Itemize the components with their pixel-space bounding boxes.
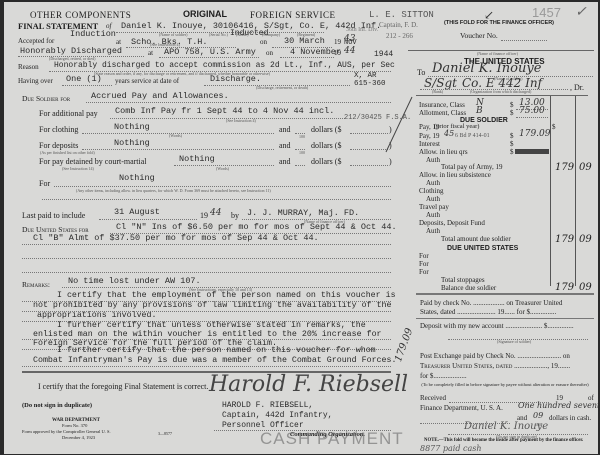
caption-serial: (Serial No.): [209, 33, 228, 37]
auth-label: Auth: [426, 228, 440, 235]
for-label: For: [419, 253, 429, 260]
allotment-label: Allotment, Class: [419, 110, 466, 117]
pen-slash-icon: [384, 97, 414, 157]
discharge-year-prefix: 19: [334, 50, 341, 57]
finance-officer-stamp-name: L. E. SITTON: [369, 11, 434, 20]
inducted-value: Inducted: [230, 30, 268, 38]
years-service-label: years service at date of: [115, 78, 179, 85]
do-not-sign-label: (Do not sign in duplicate): [22, 403, 92, 410]
finance-dept-label: Finance Department, U. S. A.: [420, 405, 503, 412]
remarks-value: No time lost under AW 107.: [68, 277, 201, 286]
original-label: ORIGINAL: [183, 10, 227, 19]
due-soldier-value: Accrued Pay and Allowances.: [91, 92, 229, 101]
column-divider-cents: [575, 96, 576, 286]
deposit-line: Deposit with my new account ............…: [420, 323, 574, 330]
discharge-date-line: [280, 57, 334, 58]
regiment-note: 36th Inf. Div.: [346, 27, 378, 33]
close-paren: ): [389, 158, 392, 166]
payee-signature: Daniel K. Inouye: [464, 422, 548, 432]
other-components-label: OTHER COMPONENTS: [30, 11, 131, 20]
interest-label: Interest: [419, 141, 440, 148]
years-service-value: Discharge.: [210, 75, 261, 84]
remarks-rule: [22, 366, 391, 367]
deposits-line: [82, 149, 274, 150]
remarks-rule: [22, 311, 391, 312]
fold-note: (THIS FOLD FOR THE FINANCE OFFICER): [444, 21, 554, 27]
form-date: December 4, 1923: [62, 436, 95, 441]
auth-label: Auth: [426, 196, 440, 203]
allow-quarters-label: Allow. in lieu qrs: [419, 149, 468, 156]
accepted-year-prefix: 19: [334, 39, 341, 46]
court-martial-caption: (See Instruction 14): [62, 167, 94, 171]
total-pay-cents: 09: [579, 162, 592, 173]
hundred-caption: 100: [299, 151, 305, 155]
finance-rule: [416, 95, 588, 96]
certification-1-line-3: appropriations involved.: [37, 312, 157, 320]
court-martial-label: For pay detained by court-martial: [39, 158, 147, 166]
remarks-label: Remarks:: [22, 281, 50, 289]
dr-label: , Dr.: [570, 84, 584, 92]
paid-check-line-1: Paid by check No. .................. on …: [420, 300, 562, 307]
due-us-heading: DUE UNITED STATES: [447, 245, 518, 252]
caption-discharge-death: (Discharge, retirement, or death): [256, 86, 308, 90]
total-pay-dollars: 179: [555, 162, 574, 173]
signer-rank: Captain, 442d Infantry,: [222, 412, 332, 420]
total-due-cents: 09: [579, 234, 592, 245]
auth-label: Auth: [426, 212, 440, 219]
discharge-status-value: Honorably Discharged: [20, 47, 122, 56]
caption-org: (Organization from which discharged): [470, 90, 531, 94]
allotment-amount-value: 75.00: [519, 107, 545, 116]
dollars-label: dollars ($: [311, 158, 341, 166]
hundred-caption: 100: [299, 135, 305, 139]
due-us-line-1: Cl "N" Ins of $6.50 per mo for mos of Se…: [116, 223, 397, 232]
discharge-place-line: [159, 57, 259, 58]
insurance-label: Insurance, Class: [419, 102, 465, 109]
auth-label: Auth: [426, 180, 440, 187]
print-code: 3—8577: [158, 432, 172, 436]
last-paid-by-value: J. J. MURRAY, Maj. FD.: [247, 209, 359, 218]
dollars-line: [350, 133, 388, 134]
last-paid-label: Last paid to include: [22, 212, 85, 220]
dollars-line: [350, 165, 388, 166]
finance-rule: [416, 318, 594, 319]
balance-dollars: 179: [555, 282, 574, 293]
allotment-amount-line: [516, 117, 548, 118]
total-stoppages-label: Total stoppages: [441, 277, 485, 284]
form-approved: Form approved by the Comptroller General…: [22, 430, 111, 435]
for-label: For: [39, 180, 50, 188]
accepted-at: at: [116, 39, 121, 46]
having-over-value: One (1): [66, 75, 102, 84]
post-exchange-line-1: Post Exchange paid by Check No. ........…: [420, 353, 570, 360]
caption-instruction-6: (See Instruction 4): [226, 119, 256, 123]
fill-note: (To be completely filled in before signa…: [420, 382, 590, 387]
for-value: Nothing: [119, 174, 155, 183]
dollars-line: [350, 149, 388, 150]
certification-3-line-2: Combat Infantryman's Pay is due was a me…: [33, 357, 396, 365]
court-martial-value: Nothing: [179, 155, 215, 164]
for-line: [54, 186, 391, 187]
blank-line: [22, 258, 391, 259]
paid-check-line-2: States, dated ...................... 19.…: [420, 309, 556, 316]
checkmark-icon: ✓: [575, 5, 587, 19]
dollar-sign: $: [552, 124, 556, 131]
accepted-type-value: Induction: [70, 30, 116, 39]
pay-current-year: 45: [444, 130, 454, 138]
balance-label: Balance due soldier: [441, 285, 496, 292]
foreign-service-label: FOREIGN SERVICE: [250, 11, 336, 20]
accepted-date-value: 30 March: [284, 37, 325, 46]
accepted-label: Accepted for: [18, 38, 54, 45]
pay-current-detail: 6 Bd P 414-01: [455, 133, 490, 139]
pay-current-amount: 179.09: [519, 130, 551, 139]
final-statement-document: OTHER COMPONENTS ORIGINAL FOREIGN SERVIC…: [4, 2, 598, 454]
received-label: Received: [420, 395, 446, 402]
finance-officer-stamp-code: 212 - 266: [386, 33, 413, 40]
last-paid-date-line: [99, 219, 197, 220]
bottom-handwritten-note: 8877 paid cash: [420, 445, 482, 453]
blank-line: [22, 272, 391, 273]
dollars-label: dollars ($: [311, 142, 341, 150]
accepted-on: on: [260, 39, 267, 46]
last-paid-year-prefix: 19: [200, 212, 208, 220]
discharge-year-value: 44: [344, 47, 355, 56]
caption-signature-soldier: (Signature of soldier): [497, 340, 531, 344]
total-due-dollars: 179: [555, 234, 574, 245]
dollars-cash-label: dollars in cash.: [549, 415, 591, 422]
and-label: and: [279, 142, 291, 150]
column-divider-dollars: [550, 96, 551, 286]
remarks-rule: [22, 301, 391, 302]
form-number: Form No. 370: [62, 424, 87, 429]
caption-rank: (Rank): [432, 90, 443, 94]
by-label: by: [231, 212, 239, 220]
clothing-value: Nothing: [114, 123, 150, 132]
prior-fiscal-caption: (prior fiscal year): [434, 124, 479, 131]
signer-name: HAROLD F. RIEBSELL,: [222, 402, 313, 410]
redaction-bar: [515, 149, 549, 154]
voucher-number-stamp: 1457: [532, 6, 561, 19]
dollar-sign: $: [510, 133, 514, 140]
due-soldier-line: [86, 102, 391, 103]
last-paid-date-value: 31 August: [114, 208, 160, 217]
organization-handwritten: Co. E 442 Inf: [462, 77, 542, 89]
words-caption: (Words): [169, 134, 182, 138]
last-paid-year-value: 44: [210, 209, 221, 218]
rank-handwritten: S/Sgt: [424, 77, 457, 89]
deposits-fund-label: Deposits, Deposit Fund: [419, 220, 485, 227]
received-cents-handwritten: 09: [533, 412, 543, 420]
post-exchange-line-3: for $...................: [420, 373, 467, 380]
allotment-class-value: B: [476, 107, 483, 116]
payee-name-handwritten: Daniel K. Inouye: [432, 62, 541, 75]
reason-ref-value: X, AR 615-360: [354, 72, 392, 88]
reason-value: Honorably discharged to accept commissio…: [54, 62, 395, 70]
additional-pay-label: For additional pay: [39, 110, 98, 118]
total-due-label: Total amount due soldier: [441, 236, 511, 243]
margin-note: 179.09: [394, 327, 415, 363]
dollar-sign: $: [510, 149, 514, 156]
reason-label: Reason: [18, 64, 39, 71]
discharge-on: on: [266, 50, 273, 57]
voucher-label: Voucher No.: [460, 32, 498, 40]
due-us-line-2-rule: [22, 244, 391, 245]
auth-label: Auth: [426, 157, 440, 164]
deposits-caption: (As per finished list on other fold): [40, 151, 95, 155]
finance-rule: [416, 293, 594, 295]
allow-subsistence-label: Allow. in lieu subsistence: [419, 172, 491, 179]
cents-line: [295, 165, 305, 166]
remarks-rule: [22, 339, 391, 340]
certify-correct-label: I certify that the foregoing Final State…: [38, 383, 208, 391]
voucher-line: [501, 40, 547, 41]
travel-pay-label: Travel pay: [419, 204, 449, 211]
pay-current-label: Pay, 19: [419, 133, 440, 140]
finance-officer-stamp-rank: Captain, F. D.: [379, 22, 418, 29]
for-label: For: [419, 269, 429, 276]
date-stamp-nov: NOV: [344, 40, 357, 47]
date-stamp-year: 1944: [374, 51, 393, 59]
having-over-line: [62, 85, 112, 86]
signature: Harold F. Riebsell: [209, 374, 408, 396]
for-caption: (Any other items, including allow. in li…: [76, 189, 271, 193]
for-label: For: [419, 261, 429, 268]
and-label: and: [279, 126, 291, 134]
discharge-place-value: APO 758, U.S. Army: [164, 48, 256, 57]
deposits-value: Nothing: [114, 139, 150, 148]
due-us-line-2: Cl "B" Almt of $37.50 per mo for mos of …: [33, 234, 319, 243]
dollars-label: dollars ($: [311, 126, 341, 134]
arrow-mark-icon: ↙: [484, 9, 494, 21]
certification-3-line-1: I further certify that the person named …: [57, 347, 376, 355]
additional-pay-value: Comb Inf Pay fr 1 Sept 44 to 4 Nov 44 in…: [115, 107, 334, 116]
balance-cents: 09: [579, 282, 592, 293]
due-soldier-label: Due Soldier for: [22, 95, 70, 103]
discharge-at: at: [148, 50, 153, 57]
certification-1-line-1: I certify that the employment of the per…: [57, 292, 396, 300]
deposits-label: For deposits: [39, 142, 78, 150]
certification-1-line-2: not prohibited by any provisions of law …: [33, 302, 391, 310]
received-words-handwritten: One hundred seventy-nine: [518, 402, 598, 410]
finance-caption-officer: (Name of finance officer): [477, 52, 518, 56]
dollar-sign: $: [510, 141, 514, 148]
clothing-label: For clothing: [39, 126, 78, 134]
clothing-label: Clothing: [419, 188, 444, 195]
having-over-label: Having over: [18, 78, 53, 85]
for-extra-line: [42, 199, 391, 200]
and-label: and: [279, 158, 291, 166]
total-pay-label: Total pay of Army, 19: [441, 164, 502, 171]
dollar-sign: $: [510, 102, 514, 109]
dollar-sign: $: [510, 110, 514, 117]
words-caption: (Words): [216, 167, 229, 171]
cash-payment-stamp: CASH PAYMENT: [260, 430, 404, 447]
post-exchange-line-2: Treasurer United States, dated .........…: [420, 363, 570, 370]
